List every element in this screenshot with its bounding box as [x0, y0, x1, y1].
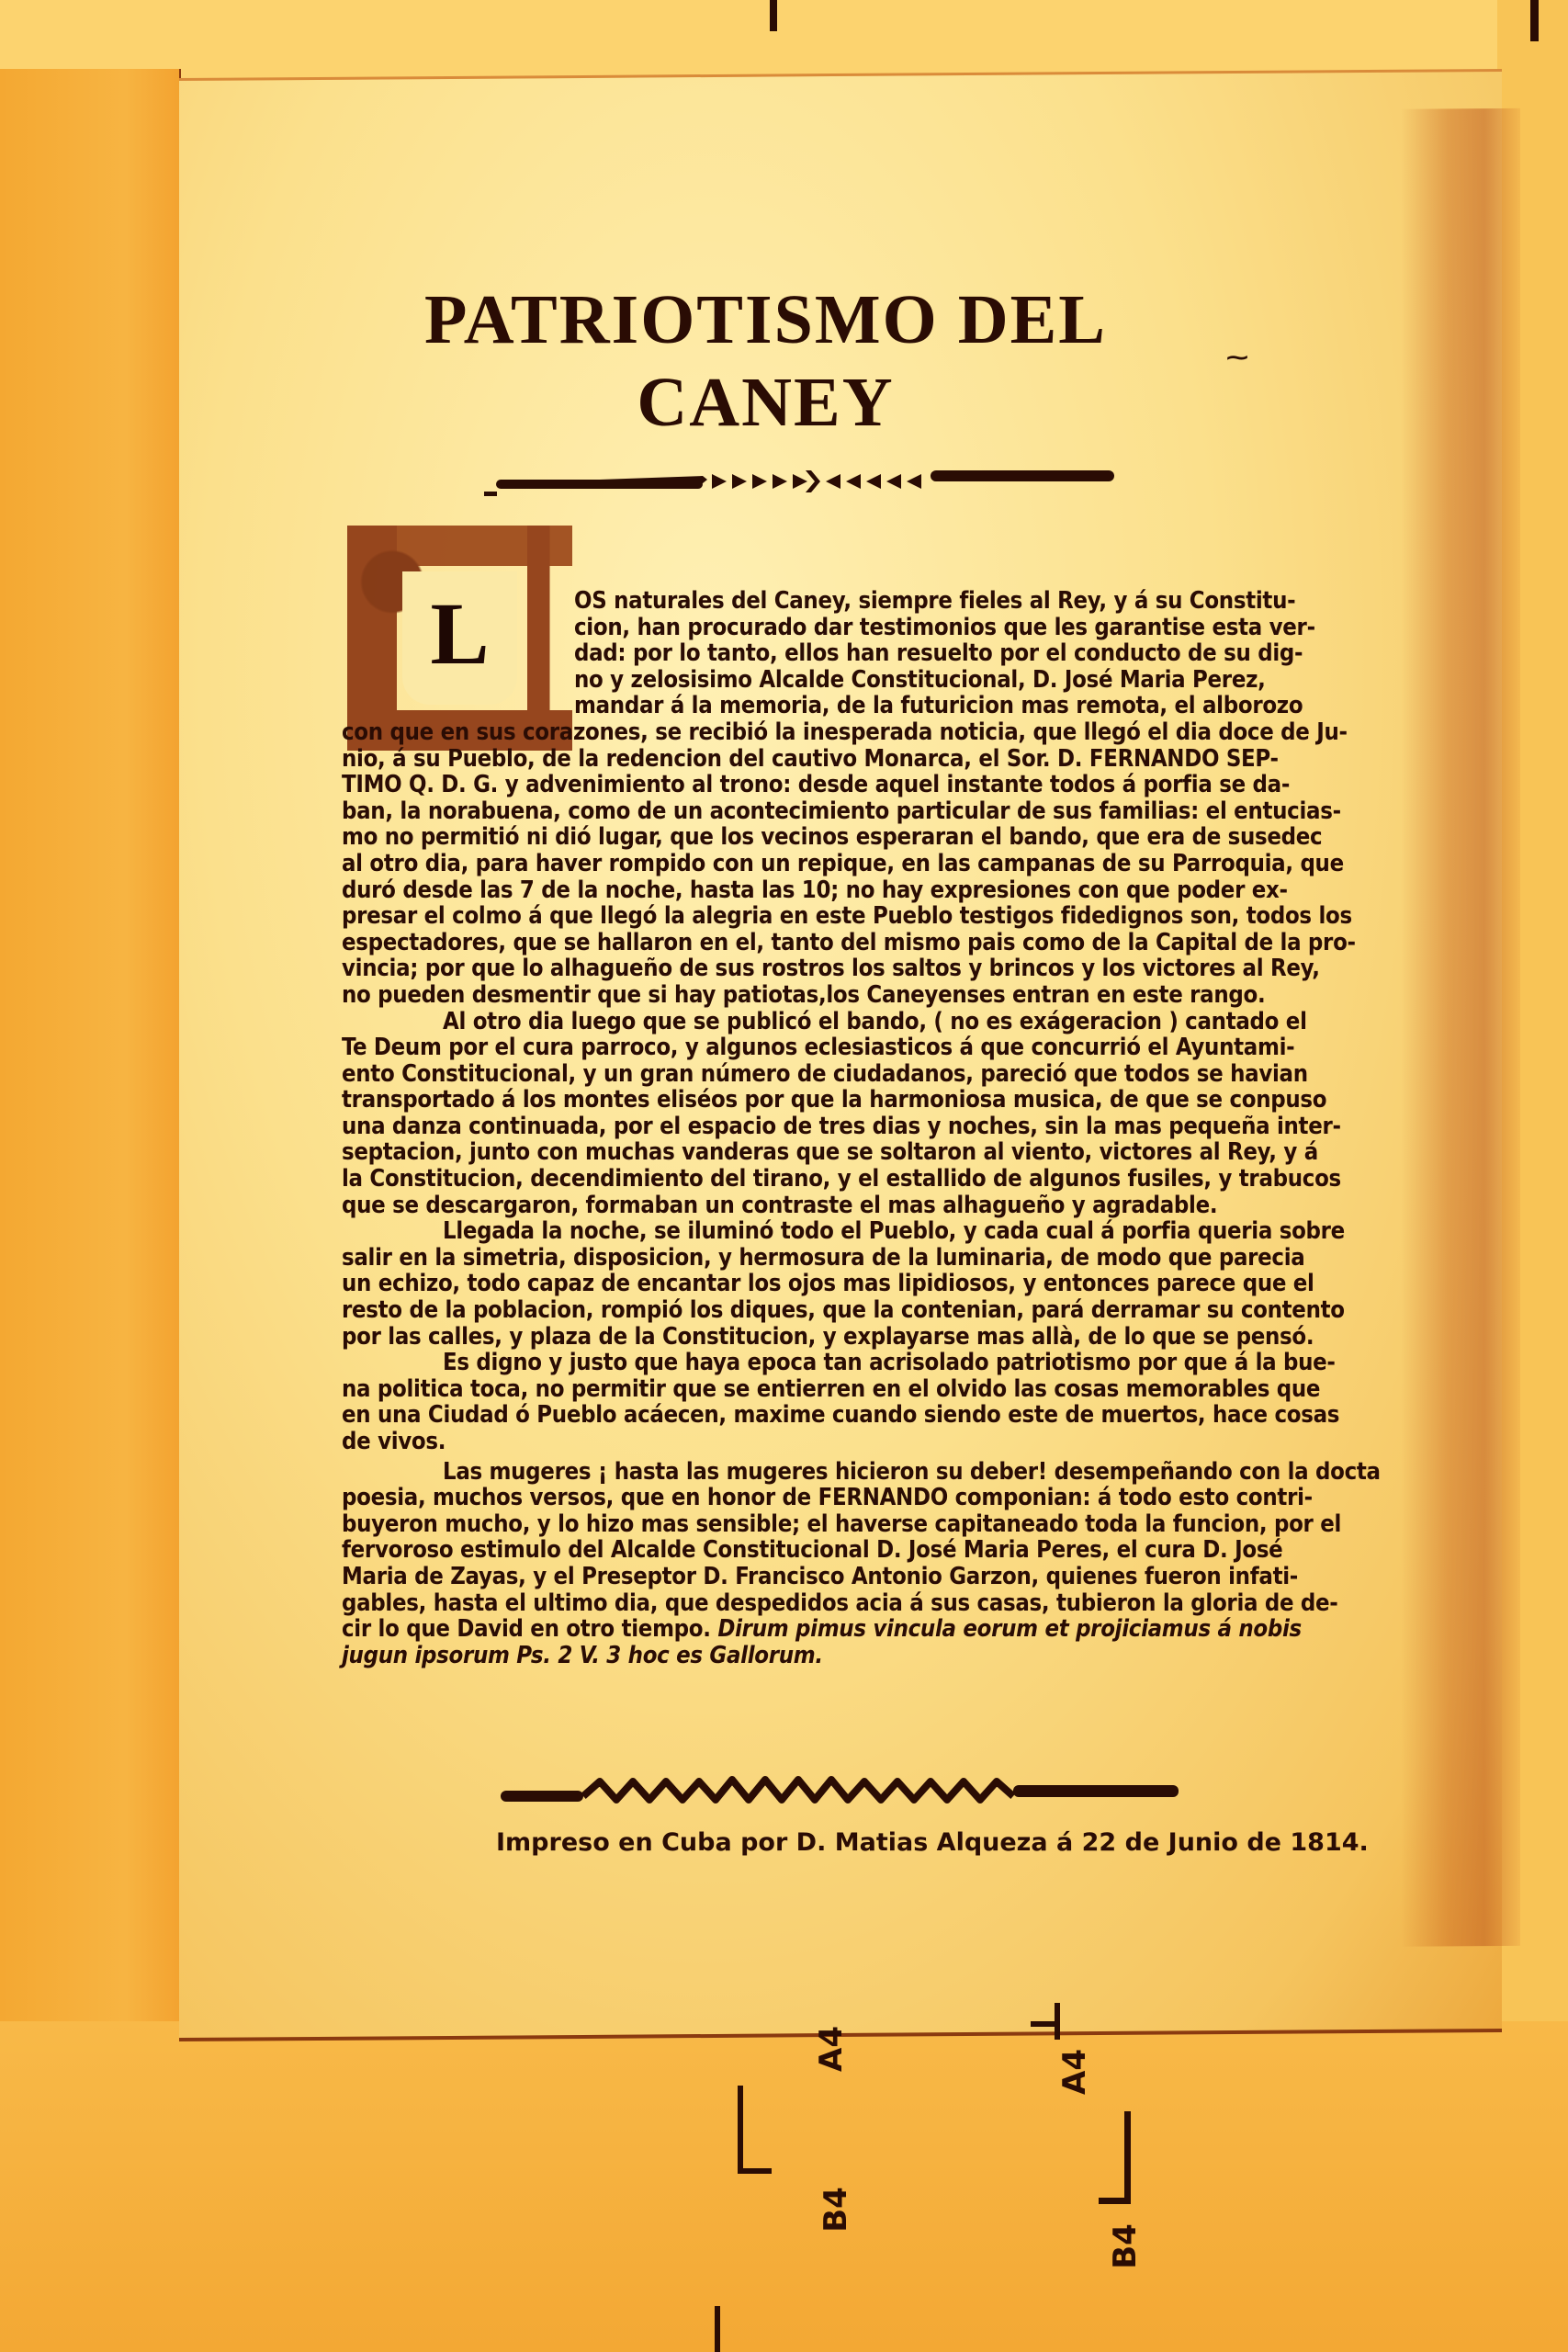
paragraph-4: Es digno y justo que haya epoca tan acri…	[342, 1350, 1306, 1454]
text-line: una danza continuada, por el espacio de …	[342, 1114, 1306, 1140]
registration-mark-top-center	[770, 0, 777, 31]
text-line: resto de la poblacion, rompió los diques…	[342, 1297, 1306, 1324]
text-line: por las calles, y plaza de la Constituci…	[342, 1324, 1306, 1351]
latin-gloss: hoc es Gallorum.	[628, 1642, 823, 1669]
text-line: nio, á su Pueblo, de la redencion del ca…	[342, 746, 1306, 773]
text-line: OS naturales del Caney, siempre fieles a…	[342, 588, 1306, 615]
text-line: no pueden desmentir que si hay patiotas,…	[342, 982, 1306, 1009]
paragraph-3: Llegada la noche, se iluminó todo el Pue…	[342, 1218, 1306, 1350]
text-line: no y zelosisimo Alcalde Constitucional, …	[342, 667, 1306, 694]
text-line: ento Constitucional, y un gran número de…	[342, 1061, 1306, 1088]
corner-mark-left-edge	[715, 2306, 720, 2352]
text-line: presar el colmo á que llegó la alegria e…	[342, 903, 1306, 930]
document-body: OS naturales del Caney, siempre fieles a…	[342, 588, 1306, 1668]
text-line: mandar á la memoria, de la futuricion ma…	[342, 693, 1306, 719]
paragraph-1: OS naturales del Caney, siempre fieles a…	[342, 588, 1306, 1009]
text-line: ban, la norabuena, como de un acontecimi…	[342, 798, 1306, 825]
corner-mark-b4-right-horizontal	[1099, 2198, 1131, 2204]
paper-size-label-a4-left: A4	[813, 2026, 850, 2072]
latin-quote: Dirum pimus vincula eorum et projiciamus…	[717, 1615, 1302, 1643]
text-line: Al otro dia luego que se publicó el band…	[342, 1009, 1306, 1035]
document-title-line-2: CANEY	[0, 363, 1550, 443]
text-line: mo no permitió ni dió lugar, que los vec…	[342, 824, 1306, 851]
paper-size-label-a4-right: A4	[1056, 2049, 1093, 2095]
document-title-line-1: PATRIOTISMO DEL	[0, 280, 1550, 360]
text-line: Llegada la noche, se iluminó todo el Pue…	[342, 1218, 1306, 1245]
text-line: transportado á los montes eliséos por qu…	[342, 1087, 1306, 1114]
text-line: fervoroso estimulo del Alcalde Constituc…	[342, 1537, 1306, 1564]
scanner-bed-bottom	[0, 2021, 1568, 2352]
ornamental-rule-bottom	[501, 1769, 1180, 1810]
text-line: buyeron mucho, y lo hizo mas sensible; e…	[342, 1511, 1306, 1538]
text-line: con que en sus corazones, se recibió la …	[342, 719, 1306, 746]
corner-mark-b4-right-vertical	[1124, 2111, 1131, 2203]
text-line: Te Deum por el cura parroco, y algunos e…	[342, 1035, 1306, 1061]
text-line: septacion, junto con muchas vanderas que…	[342, 1139, 1306, 1166]
paragraph-5: Las mugeres ¡ hasta las mugeres hicieron…	[342, 1459, 1306, 1669]
text-line: dad: por lo tanto, ellos han resuelto po…	[342, 640, 1306, 667]
text-line: espectadores, que se hallaron en el, tan…	[342, 930, 1306, 956]
paper-size-label-b4-left: B4	[818, 2187, 854, 2233]
text-line: TIMO Q. D. G. y advenimiento al trono: d…	[342, 772, 1306, 798]
latin-citation: jugun ipsorum Ps. 2 V. 3	[342, 1642, 621, 1669]
ornamental-rule-top	[491, 459, 1121, 496]
paragraph-2: Al otro dia luego que se publicó el band…	[342, 1009, 1306, 1219]
text-line: cir lo que David en otro tiempo. Dirum p…	[342, 1616, 1306, 1643]
text-line: salir en la simetria, disposicion, y her…	[342, 1245, 1306, 1272]
text-line: Las mugeres ¡ hasta las mugeres hicieron…	[342, 1459, 1306, 1486]
closing-text: cir lo que David en otro tiempo.	[342, 1615, 711, 1643]
text-line: gables, hasta el ultimo dia, que despedi…	[342, 1590, 1306, 1617]
corner-mark-a4-right-horizontal	[1031, 2021, 1058, 2027]
text-line: na politica toca, no permitir que se ent…	[342, 1376, 1306, 1403]
text-line: al otro dia, para haver rompido con un r…	[342, 851, 1306, 877]
text-line: en una Ciudad ó Pueblo acáecen, maxime c…	[342, 1402, 1306, 1429]
text-line: vincia; por que lo alhagueño de sus rost…	[342, 955, 1306, 982]
printer-imprint: Impreso en Cuba por D. Matias Alqueza á …	[496, 1828, 1194, 1857]
registration-mark-top-right	[1530, 0, 1539, 41]
paper-size-label-b4-right: B4	[1107, 2223, 1144, 2269]
text-line: poesia, muchos versos, que en honor de F…	[342, 1485, 1306, 1511]
text-line: la Constitucion, decendimiento del tiran…	[342, 1166, 1306, 1193]
text-line: jugun ipsorum Ps. 2 V. 3 hoc es Gallorum…	[342, 1643, 1306, 1669]
text-line: Maria de Zayas, y el Preseptor D. Franci…	[342, 1564, 1306, 1590]
text-line: cion, han procurado dar testimonios que …	[342, 615, 1306, 641]
text-line: Es digno y justo que haya epoca tan acri…	[342, 1350, 1306, 1376]
text-line: un echizo, todo capaz de encantar los oj…	[342, 1271, 1306, 1297]
corner-mark-b4-left-vertical	[738, 2086, 743, 2173]
text-line: duró desde las 7 de la noche, hasta las …	[342, 877, 1306, 904]
corner-mark-b4-left-horizontal	[738, 2168, 772, 2174]
text-line: que se descargaron, formaban un contrast…	[342, 1193, 1306, 1219]
text-line: de vivos.	[342, 1429, 1306, 1455]
